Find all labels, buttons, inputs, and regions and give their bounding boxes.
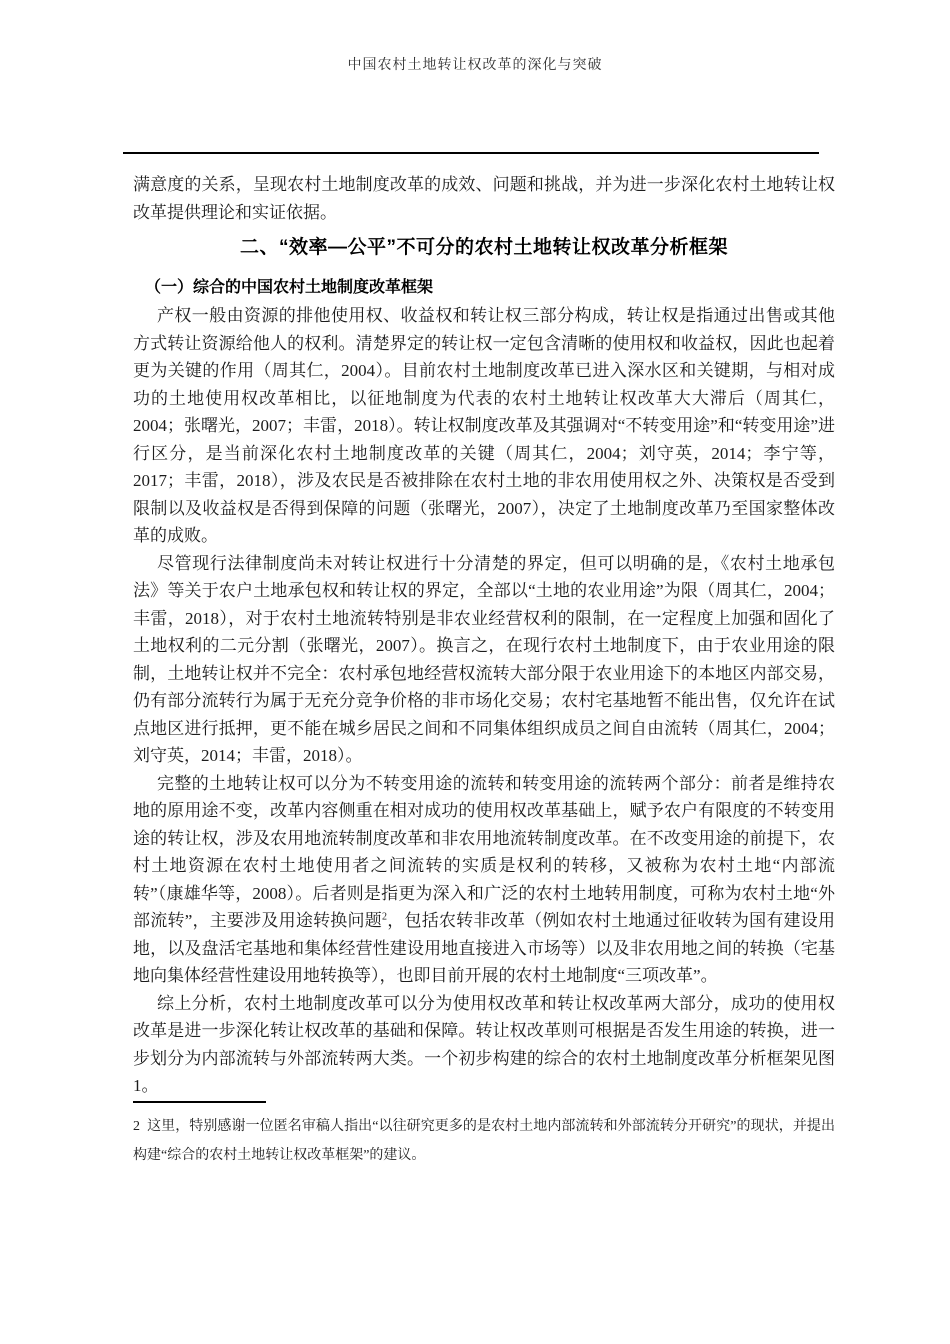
body-paragraph-3: 完整的土地转让权可以分为不转变用途的流转和转变用途的流转两个部分：前者是维持农地…: [133, 770, 835, 990]
continuation-paragraph: 满意度的关系，呈现农村土地制度改革的成效、问题和挑战，并为进一步深化农村土地转让…: [133, 171, 835, 226]
footnote-area: 2这里，特别感谢一位匿名审稿人指出“以往研究更多的是农村土地内部流转和外部流转分…: [133, 1101, 835, 1170]
footnote-separator-rule: [133, 1101, 266, 1103]
footnote-marker: 2: [133, 1119, 140, 1134]
header-divider-rule: [123, 152, 819, 154]
body-paragraph-1: 产权一般由资源的排他使用权、收益权和转让权三部分构成，转让权是指通过出售或其他方…: [133, 302, 835, 550]
document-page: 中国农村土地转让权改革的深化与突破 满意度的关系，呈现农村土地制度改革的成效、问…: [0, 0, 950, 1344]
body-paragraph-4: 综上分析，农村土地制度改革可以分为使用权改革和转让权改革两大部分，成功的使用权改…: [133, 990, 835, 1100]
section-heading: 二、“效率—公平”不可分的农村土地转让权改革分析框架: [133, 235, 835, 261]
body-text-column: 满意度的关系，呈现农村土地制度改革的成效、问题和挑战，并为进一步深化农村土地转让…: [133, 171, 835, 1100]
footnote-text: 这里，特别感谢一位匿名审稿人指出“以往研究更多的是农村土地内部流转和外部流转分开…: [133, 1119, 835, 1163]
body-paragraph-2: 尽管现行法律制度尚未对转让权进行十分清楚的界定，但可以明确的是，《农村土地承包法…: [133, 550, 835, 770]
subsection-heading: （一）综合的中国农村土地制度改革框架: [133, 276, 835, 300]
page-header-title: 中国农村土地转让权改革的深化与突破: [0, 54, 950, 74]
paragraph-3-text: 完整的土地转让权可以分为不转变用途的流转和转变用途的流转两个部分：前者是维持农地…: [133, 774, 835, 931]
footnote-2: 2这里，特别感谢一位匿名审稿人指出“以往研究更多的是农村土地内部流转和外部流转分…: [133, 1112, 835, 1170]
